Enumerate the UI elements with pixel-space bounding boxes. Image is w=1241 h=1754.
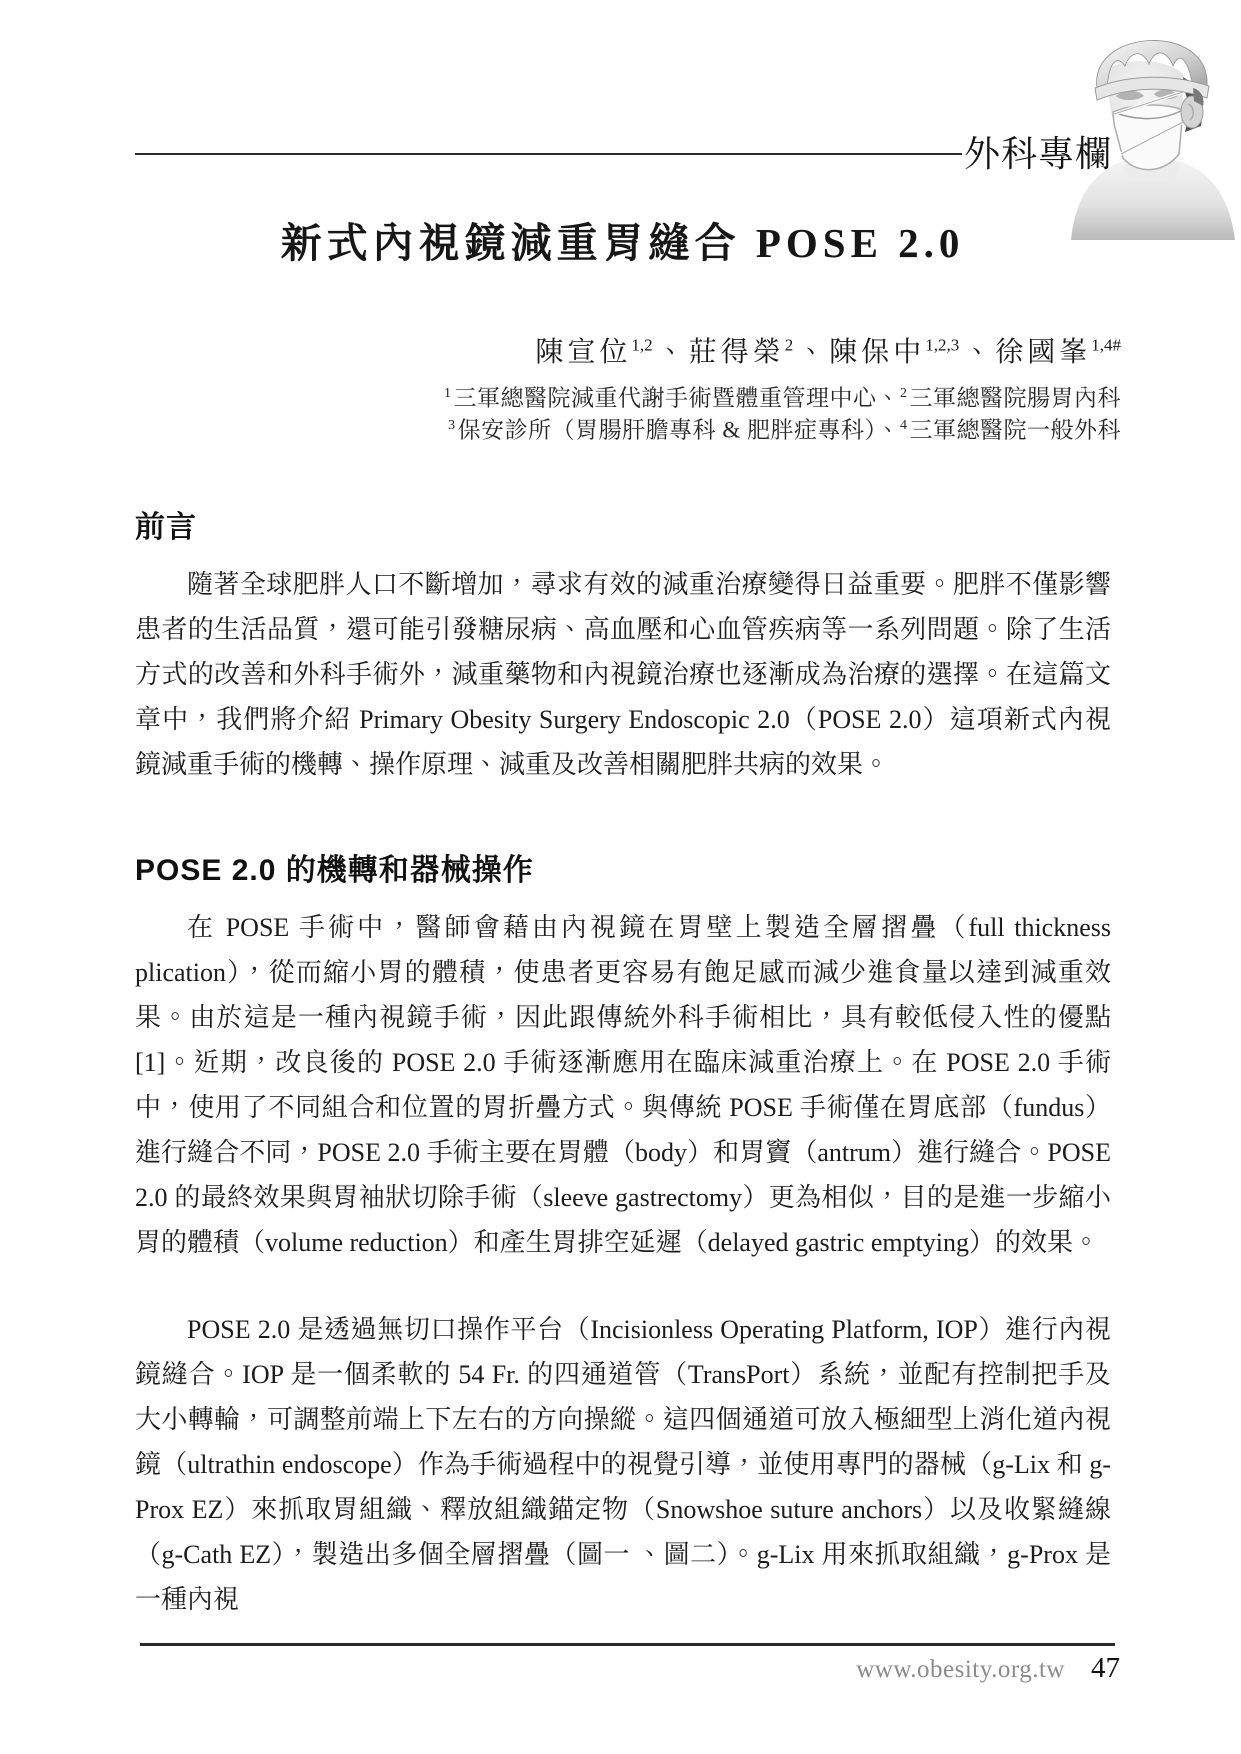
author-separator: 、 [653,337,689,368]
footer-rule [140,1643,1115,1646]
author-name: 陳保中 [829,337,925,368]
author-separator: 、 [793,337,829,368]
page-number: 47 [1091,1652,1120,1685]
footer: www.obesity.org.tw 47 [140,1652,1120,1685]
affiliation-superscript: 3 [448,418,458,433]
author-name: 莊得榮 [689,337,785,368]
authors-line: 陳宣位1,2、莊得榮2、陳保中1,2,3、徐國峯1,4# [135,334,1121,372]
affiliation-text: 三軍總醫院減重代謝手術暨體重管理中心、 [454,385,901,410]
affiliation-text: 三軍總醫院一般外科 [910,418,1122,443]
author-superscript: 2 [785,336,794,355]
affiliation-superscript: 4 [900,418,910,433]
paragraph: POSE 2.0 是透過無切口操作平台（Incisionless Operati… [135,1307,1111,1622]
header-rule [135,153,962,155]
document-page: 外科專欄 [0,0,1241,1754]
author-separator: 、 [959,337,995,368]
affiliation-superscript: 2 [900,386,910,401]
section-heading: POSE 2.0 的機轉和器械操作 [135,853,1111,889]
surgeon-icon [1061,8,1241,240]
header: 外科專欄 [135,136,1112,172]
affiliations: 1三軍總醫院減重代謝手術暨體重管理中心、2三軍總醫院腸胃內科3保安診所（胃腸肝膽… [135,380,1121,445]
author-superscript: 1,4# [1091,336,1121,355]
author-name: 陳宣位 [535,337,631,368]
author-superscript: 1,2 [631,336,652,355]
page-title: 新式內視鏡減重胃縫合 POSE 2.0 [135,210,1110,269]
footer-website: www.obesity.org.tw [856,1656,1065,1684]
author-superscript: 1,2,3 [925,336,959,355]
affiliation-text: 保安診所（胃腸肝膽專科 & 肥胖症專科）、 [458,418,900,443]
affiliation-text: 三軍總醫院腸胃內科 [910,385,1122,410]
author-name: 徐國峯 [995,337,1091,368]
authors-block: 陳宣位1,2、莊得榮2、陳保中1,2,3、徐國峯1,4# 1三軍總醫院減重代謝手… [135,334,1121,445]
affiliation-line: 3保安診所（胃腸肝膽專科 & 肥胖症專科）、4三軍總醫院一般外科 [135,412,1121,445]
section-heading: 前言 [135,510,1111,546]
affiliation-line: 1三軍總醫院減重代謝手術暨體重管理中心、2三軍總醫院腸胃內科 [135,380,1121,413]
paragraph: 在 POSE 手術中，醫師會藉由內視鏡在胃壁上製造全層摺疊（full thick… [135,905,1111,1265]
affiliation-superscript: 1 [444,386,454,401]
article-body: 前言隨著全球肥胖人口不斷增加，尋求有效的減重治療變得日益重要。肥胖不僅影響患者的… [135,510,1111,1622]
paragraph: 隨著全球肥胖人口不斷增加，尋求有效的減重治療變得日益重要。肥胖不僅影響患者的生活… [135,562,1111,787]
